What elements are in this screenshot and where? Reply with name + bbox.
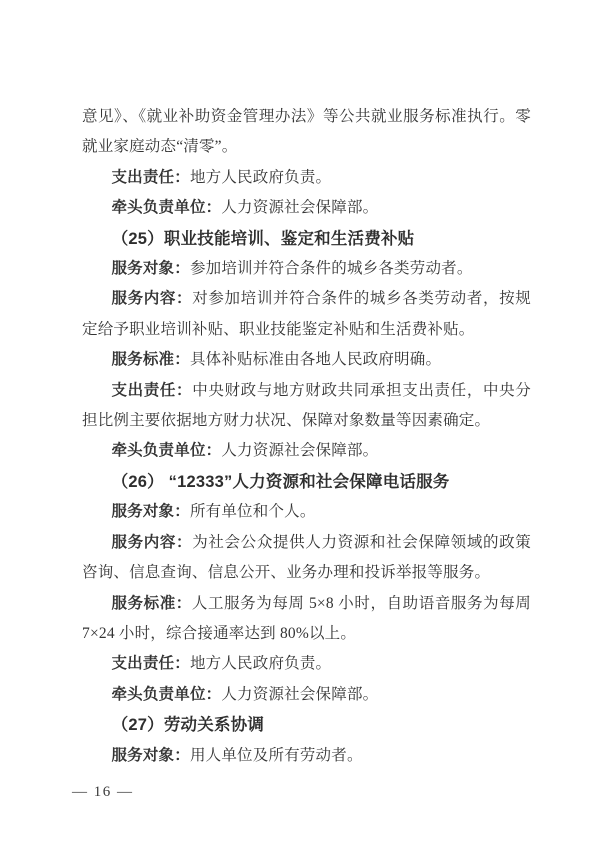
field-label: 服务对象： — [111, 503, 190, 520]
field-text: 地方人民政府负责。 — [190, 655, 331, 672]
field-label: 牵头负责单位： — [111, 686, 221, 703]
paragraph: 服务对象：用人单位及所有劳动者。 — [82, 741, 531, 771]
page-number: — 16 — — [72, 783, 134, 801]
field-label: 牵头负责单位： — [111, 442, 221, 459]
paragraph: 服务内容：为社会公众提供人力资源和社会保障领域的政策咨询、信息查询、信息公开、业… — [82, 528, 531, 589]
field-label: 服务标准： — [111, 595, 191, 612]
field-text: 具体补贴标准由各地人民政府明确。 — [190, 351, 441, 368]
field-text: 地方人民政府负责。 — [190, 169, 331, 186]
field-label: 服务标准： — [111, 351, 190, 368]
paragraph: 服务内容：对参加培训并符合条件的城乡各类劳动者，按规定给予职业培训补贴、职业技能… — [82, 284, 531, 345]
paragraph: 牵头负责单位：人力资源社会保障部。 — [82, 193, 531, 223]
paragraph: 支出责任：地方人民政府负责。 — [82, 649, 531, 679]
paragraph: 支出责任：地方人民政府负责。 — [82, 163, 531, 193]
document-page: 意见》、《就业补助资金管理办法》等公共就业服务标准执行。零就业家庭动态“清零”。… — [0, 0, 610, 864]
paragraph: 服务标准：人工服务为每周 5×8 小时，自助语音服务为每周 7×24 小时，综合… — [82, 589, 531, 650]
field-text: 人力资源社会保障部。 — [221, 442, 378, 459]
paragraph: 牵头负责单位：人力资源社会保障部。 — [82, 436, 531, 466]
field-text: 所有单位和个人。 — [190, 503, 316, 520]
paragraph: 意见》、《就业补助资金管理办法》等公共就业服务标准执行。零就业家庭动态“清零”。 — [82, 102, 531, 163]
paragraph: 牵头负责单位：人力资源社会保障部。 — [82, 680, 531, 710]
section-heading: （25）职业技能培训、鉴定和生活费补贴 — [82, 224, 531, 254]
field-text: 用人单位及所有劳动者。 — [190, 747, 363, 764]
field-label: 服务对象： — [111, 747, 190, 764]
field-label: 支出责任： — [111, 655, 190, 672]
field-label: 支出责任： — [111, 382, 192, 399]
paragraph: 支出责任：中央财政与地方财政共同承担支出责任，中央分担比例主要依据地方财力状况、… — [82, 376, 531, 437]
field-label: 服务内容： — [111, 534, 192, 551]
paragraph: 服务对象：所有单位和个人。 — [82, 497, 531, 527]
document-body: 意见》、《就业补助资金管理办法》等公共就业服务标准执行。零就业家庭动态“清零”。… — [82, 102, 531, 771]
field-text: 参加培训并符合条件的城乡各类劳动者。 — [190, 260, 473, 277]
paragraph: 服务标准：具体补贴标准由各地人民政府明确。 — [82, 345, 531, 375]
section-heading: （26） “12333”人力资源和社会保障电话服务 — [82, 467, 531, 497]
field-label: 服务内容： — [111, 290, 192, 307]
paragraph: 服务对象：参加培训并符合条件的城乡各类劳动者。 — [82, 254, 531, 284]
field-label: 服务对象： — [111, 260, 190, 277]
section-heading: （27）劳动关系协调 — [82, 710, 531, 740]
field-text: 人力资源社会保障部。 — [221, 199, 378, 216]
field-text: 人力资源社会保障部。 — [221, 686, 378, 703]
field-label: 牵头负责单位： — [111, 199, 221, 216]
field-label: 支出责任： — [111, 169, 190, 186]
